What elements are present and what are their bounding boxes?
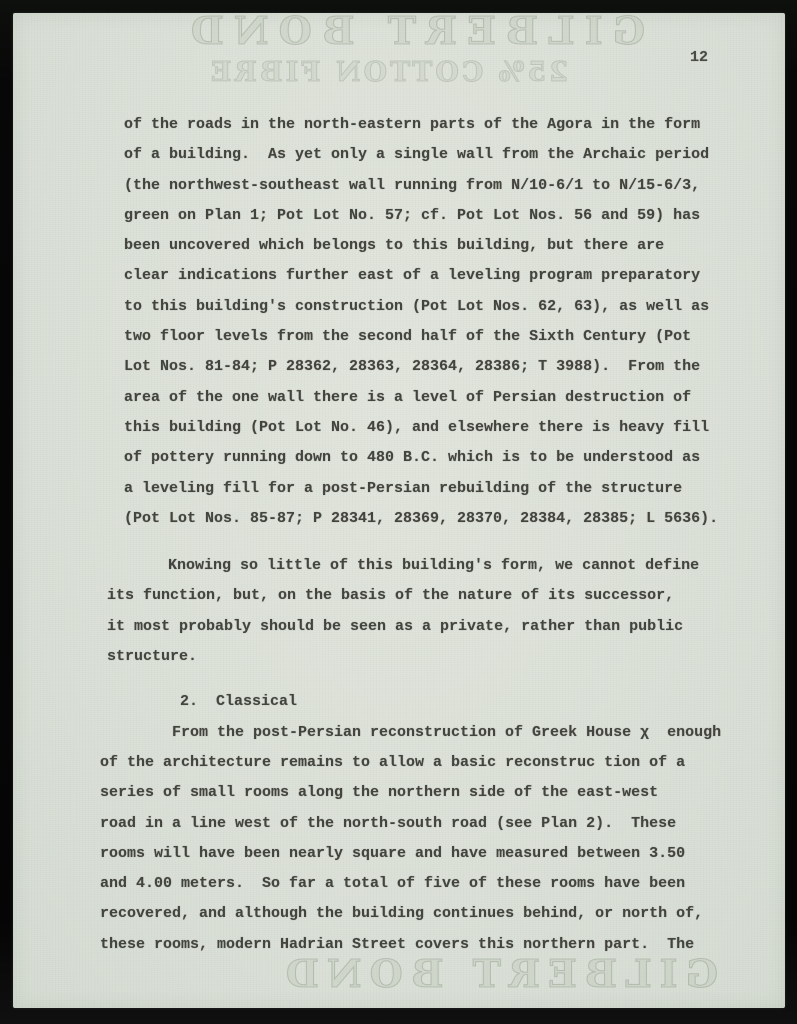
text-line: structure. xyxy=(107,642,721,672)
text-line: a leveling fill for a post-Persian rebui… xyxy=(124,474,721,504)
text-line: road in a line west of the north-south r… xyxy=(100,809,721,839)
text-line: series of small rooms along the northern… xyxy=(100,778,721,808)
paragraph: Knowing so little of this building's for… xyxy=(107,551,721,672)
text-line: of a building. As yet only a single wall… xyxy=(124,140,721,170)
text-line: (Pot Lot Nos. 85-87; P 28341, 28369, 283… xyxy=(124,504,721,534)
text-line: of pottery running down to 480 B.C. whic… xyxy=(124,443,721,473)
scanned-document-screenshot: { "page_number": "12", "watermarks": { "… xyxy=(0,0,797,1024)
paragraph: From the post-Persian reconstruction of … xyxy=(100,718,721,960)
section-heading: 2. Classical xyxy=(180,687,721,717)
watermark-cotton-fibre: 25% COTTON FIBRE xyxy=(218,57,568,88)
text-line: 2. Classical xyxy=(180,687,721,717)
text-line: From the post-Persian reconstruction of … xyxy=(100,718,721,748)
scanned-page: GILBERT BOND 25% COTTON FIBRE 12 of the … xyxy=(13,13,785,1008)
watermark-gilbert-bond-top: GILBERT BOND xyxy=(163,8,663,53)
text-line: two floor levels from the second half of… xyxy=(124,322,721,352)
text-line: green on Plan 1; Pot Lot No. 57; cf. Pot… xyxy=(124,201,721,231)
text-line: Knowing so little of this building's for… xyxy=(107,551,721,581)
text-line: area of the one wall there is a level of… xyxy=(124,383,721,413)
text-line: of the roads in the north-eastern parts … xyxy=(124,110,721,140)
text-line: been uncovered which belongs to this bui… xyxy=(124,231,721,261)
text-line: and 4.00 meters. So far a total of five … xyxy=(100,869,721,899)
text-line: of the architecture remains to allow a b… xyxy=(100,748,721,778)
text-line: this building (Pot Lot No. 46), and else… xyxy=(124,413,721,443)
text-line: it most probably should be seen as a pri… xyxy=(107,612,721,642)
paragraph: of the roads in the north-eastern parts … xyxy=(124,110,721,534)
text-line: to this building's construction (Pot Lot… xyxy=(124,292,721,322)
page-number: 12 xyxy=(690,49,708,67)
watermark-gilbert-bond-bottom: GILBERT BOND xyxy=(278,951,718,996)
text-line: recovered, and although the building con… xyxy=(100,899,721,929)
text-line: Lot Nos. 81-84; P 28362, 28363, 28364, 2… xyxy=(124,352,721,382)
text-line: its function, but, on the basis of the n… xyxy=(107,581,721,611)
text-line: clear indications further east of a leve… xyxy=(124,261,721,291)
typed-text-block: of the roads in the north-eastern parts … xyxy=(100,110,721,960)
text-line: (the northwest-southeast wall running fr… xyxy=(124,171,721,201)
text-line: rooms will have been nearly square and h… xyxy=(100,839,721,869)
